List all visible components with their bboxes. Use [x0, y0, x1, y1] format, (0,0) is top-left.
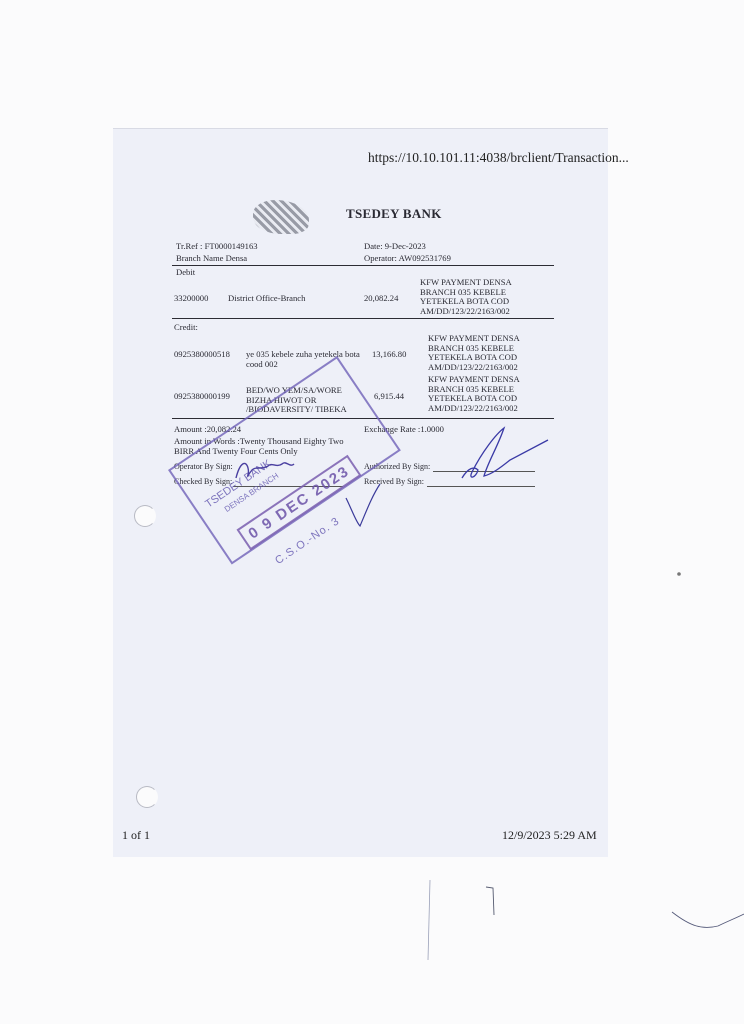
page-number: 1 of 1 [122, 828, 150, 843]
punch-hole-bottom [136, 786, 158, 808]
scan-mark [672, 912, 744, 927]
operator-signature [236, 463, 294, 478]
check-mark-signature [346, 484, 380, 526]
print-timestamp: 12/9/2023 5:29 AM [502, 828, 597, 843]
scan-mark [486, 887, 494, 915]
authorized-signature [462, 428, 548, 478]
scan-mark [428, 880, 430, 960]
punch-hole-top [134, 505, 156, 527]
scan-dot [677, 572, 681, 576]
signature-overlay [0, 0, 744, 1024]
